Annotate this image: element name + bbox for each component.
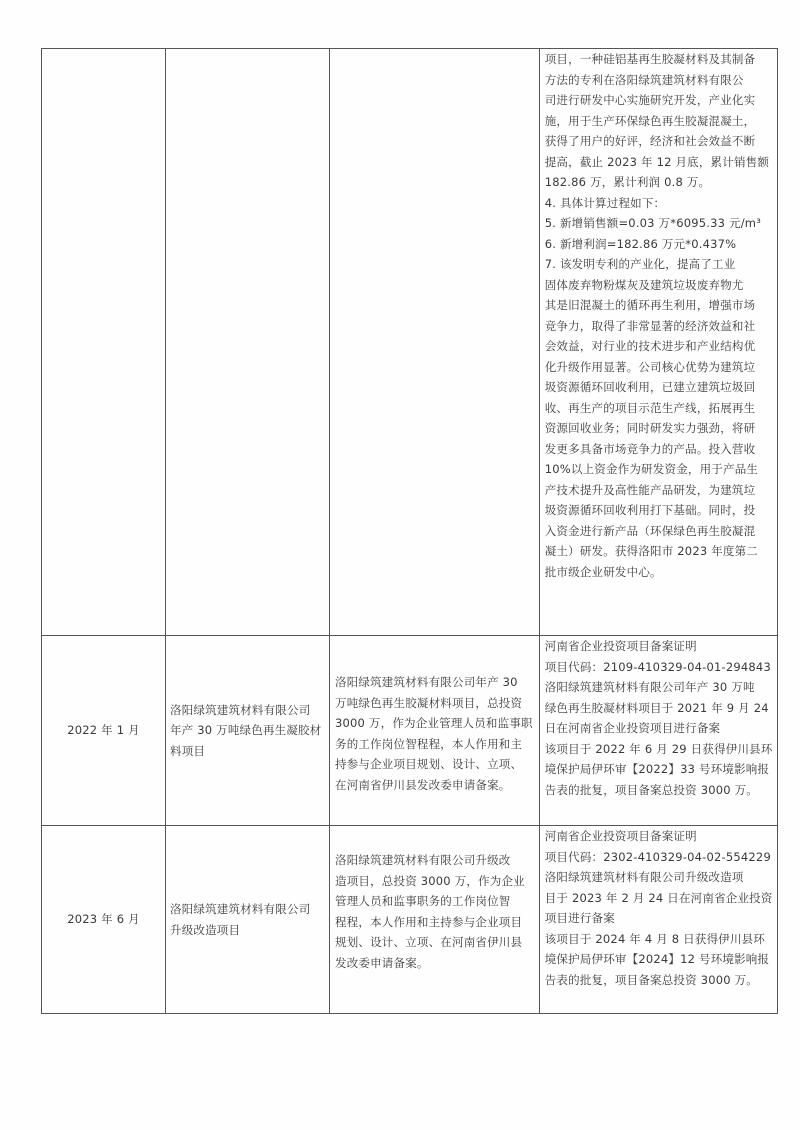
evidence-cell: 河南省企业投资项目备案证明 项目代码：2109-410329-04-01-294… [539, 636, 777, 826]
date-cell [42, 49, 166, 636]
text-line: 其是旧混凝土的循环再生利用，增强市场 [545, 295, 773, 316]
project-cell: 洛阳绿筑建筑材料有限公司 年产 30 万吨绿色再生凝胶材 料项目 [166, 636, 330, 826]
text-line: 批市级企业研发中心。 [545, 562, 773, 583]
text-line: 资源回收业务；同时研发实力强劲，将研 [545, 418, 773, 439]
text-line: 升级改造项目 [170, 920, 324, 941]
table-row: 2022 年 1 月 洛阳绿筑建筑材料有限公司 年产 30 万吨绿色再生凝胶材 … [42, 636, 778, 826]
text-line: 施，用于生产环保绿色再生胶凝混凝土， [545, 111, 773, 132]
text-line: 目于 2023 年 2 月 24 日在河南省企业投资 [545, 888, 773, 909]
list-item-6: 6. 新增利润=182.86 万元*0.437% [545, 234, 773, 255]
text-line: 年产 30 万吨绿色再生凝胶材 [170, 720, 324, 741]
text-line: 发改委申请备案。 [335, 953, 533, 974]
text-line: 告表的批复，项目备案总投资 3000 万。 [545, 780, 773, 801]
text-line: 182.86 万，累计利润 0.8 万。 [545, 172, 773, 193]
text-line: 洛阳绿筑建筑材料有限公司升级改 [335, 850, 533, 871]
table-row: 项目，一种硅铝基再生胶凝材料及其制备 方法的专利在洛阳绿筑建筑材料有限公 司进行… [42, 49, 778, 636]
list-item-7: 7. 该发明专利的产业化，提高了工业 [545, 254, 773, 275]
text-line: 项目进行备案 [545, 908, 773, 929]
text-line: 圾资源循环回收利用打下基础。同时，投 [545, 500, 773, 521]
text-line: 10%以上资金作为研发资金，用于产品生 [545, 459, 773, 480]
text-line: 该项目于 2024 年 4 月 8 日获得伊川县环 [545, 929, 773, 950]
text-line: 该项目于 2022 年 6 月 29 日获得伊川县环 [545, 739, 773, 760]
text-line: 洛阳绿筑建筑材料有限公司升级改造项 [545, 867, 773, 888]
text-line: 发更多具备市场竞争力的产品。投入营收 [545, 439, 773, 460]
text-line: 告表的批复，项目备案总投资 3000 万。 [545, 970, 773, 991]
text-line: 洛阳绿筑建筑材料有限公司 [170, 700, 324, 721]
evidence-text: 项目，一种硅铝基再生胶凝材料及其制备 方法的专利在洛阳绿筑建筑材料有限公 司进行… [545, 49, 773, 582]
certificate-title: 河南省企业投资项目备案证明 [545, 826, 773, 847]
evidence-cell: 河南省企业投资项目备案证明 项目代码：2302-410329-04-02-554… [539, 826, 777, 1014]
text-line: 洛阳绿筑建筑材料有限公司年产 30 [335, 672, 533, 693]
evidence-cell: 项目，一种硅铝基再生胶凝材料及其制备 方法的专利在洛阳绿筑建筑材料有限公 司进行… [539, 49, 777, 636]
list-item-4: 4. 具体计算过程如下： [545, 193, 773, 214]
certificate-title: 河南省企业投资项目备案证明 [545, 636, 773, 657]
project-code: 项目代码：2109-410329-04-01-294843 [545, 657, 773, 678]
text-line: 绿色再生胶凝材料项目于 2021 年 9 月 24 [545, 698, 773, 719]
text-line: 规划、设计、立项、在河南省伊川县 [335, 932, 533, 953]
text-line: 洛阳绿筑建筑材料有限公司 [170, 899, 324, 920]
text-line: 圾资源循环回收利用，已建立建筑垃圾回 [545, 377, 773, 398]
text-line: 入资金进行新产品（环保绿色再生胶凝混 [545, 521, 773, 542]
project-table: 项目，一种硅铝基再生胶凝材料及其制备 方法的专利在洛阳绿筑建筑材料有限公 司进行… [41, 48, 778, 1014]
text-line: 会效益，对行业的技术进步和产业结构优 [545, 336, 773, 357]
role-cell [330, 49, 540, 636]
text-line: 务的工作岗位智程程，本人作用和主 [335, 734, 533, 755]
project-code: 项目代码：2302-410329-04-02-554229 [545, 847, 773, 868]
table-row: 2023 年 6 月 洛阳绿筑建筑材料有限公司 升级改造项目 洛阳绿筑建筑材料有… [42, 826, 778, 1014]
text-line: 持参与企业项目规划、设计、立项、 [335, 754, 533, 775]
text-line: 在河南省伊川县发改委申请备案。 [335, 775, 533, 796]
role-cell: 洛阳绿筑建筑材料有限公司升级改 造项目，总投资 3000 万，作为企业 管理人员… [330, 826, 540, 1014]
text-line: 程程，本人作用和主持参与企业项目 [335, 912, 533, 933]
text-line: 产技术提升及高性能产品研发，为建筑垃 [545, 480, 773, 501]
text-line: 提高，截止 2023 年 12 月底，累计销售额 [545, 152, 773, 173]
text-line: 万吨绿色再生胶凝材料项目，总投资 [335, 693, 533, 714]
text-line: 方法的专利在洛阳绿筑建筑材料有限公 [545, 70, 773, 91]
text-line: 固体废弃物粉煤灰及建筑垃圾废弃物尤 [545, 275, 773, 296]
text-line: 获得了用户的好评，经济和社会效益不断 [545, 131, 773, 152]
text-line: 造项目，总投资 3000 万，作为企业 [335, 871, 533, 892]
text-line: 管理人员和监事职务的工作岗位智 [335, 891, 533, 912]
list-item-5: 5. 新增销售额=0.03 万*6095.33 元/m³ [545, 213, 773, 234]
text-line: 凝土）研发。获得洛阳市 2023 年度第二 [545, 541, 773, 562]
text-line: 境保护局伊环审【2024】12 号环境影响报 [545, 949, 773, 970]
project-cell: 洛阳绿筑建筑材料有限公司 升级改造项目 [166, 826, 330, 1014]
date-cell: 2023 年 6 月 [42, 826, 166, 1014]
text-line: 3000 万，作为企业管理人员和监事职 [335, 713, 533, 734]
text-line: 项目，一种硅铝基再生胶凝材料及其制备 [545, 49, 773, 70]
document-page: 项目，一种硅铝基再生胶凝材料及其制备 方法的专利在洛阳绿筑建筑材料有限公 司进行… [0, 0, 800, 1130]
text-line: 司进行研发中心实施研究开发，产业化实 [545, 90, 773, 111]
text-line: 境保护局伊环审【2022】33 号环境影响报 [545, 759, 773, 780]
role-cell: 洛阳绿筑建筑材料有限公司年产 30 万吨绿色再生胶凝材料项目，总投资 3000 … [330, 636, 540, 826]
text-line: 洛阳绿筑建筑材料有限公司年产 30 万吨 [545, 677, 773, 698]
project-cell [166, 49, 330, 636]
text-line: 料项目 [170, 741, 324, 762]
text-line: 竞争力，取得了非常显著的经济效益和社 [545, 316, 773, 337]
text-line: 日在河南省企业投资项目进行备案 [545, 718, 773, 739]
text-line: 化升级作用显著。公司核心优势为建筑垃 [545, 357, 773, 378]
date-cell: 2022 年 1 月 [42, 636, 166, 826]
text-line: 收、再生产的项目示范生产线，拓展再生 [545, 398, 773, 419]
